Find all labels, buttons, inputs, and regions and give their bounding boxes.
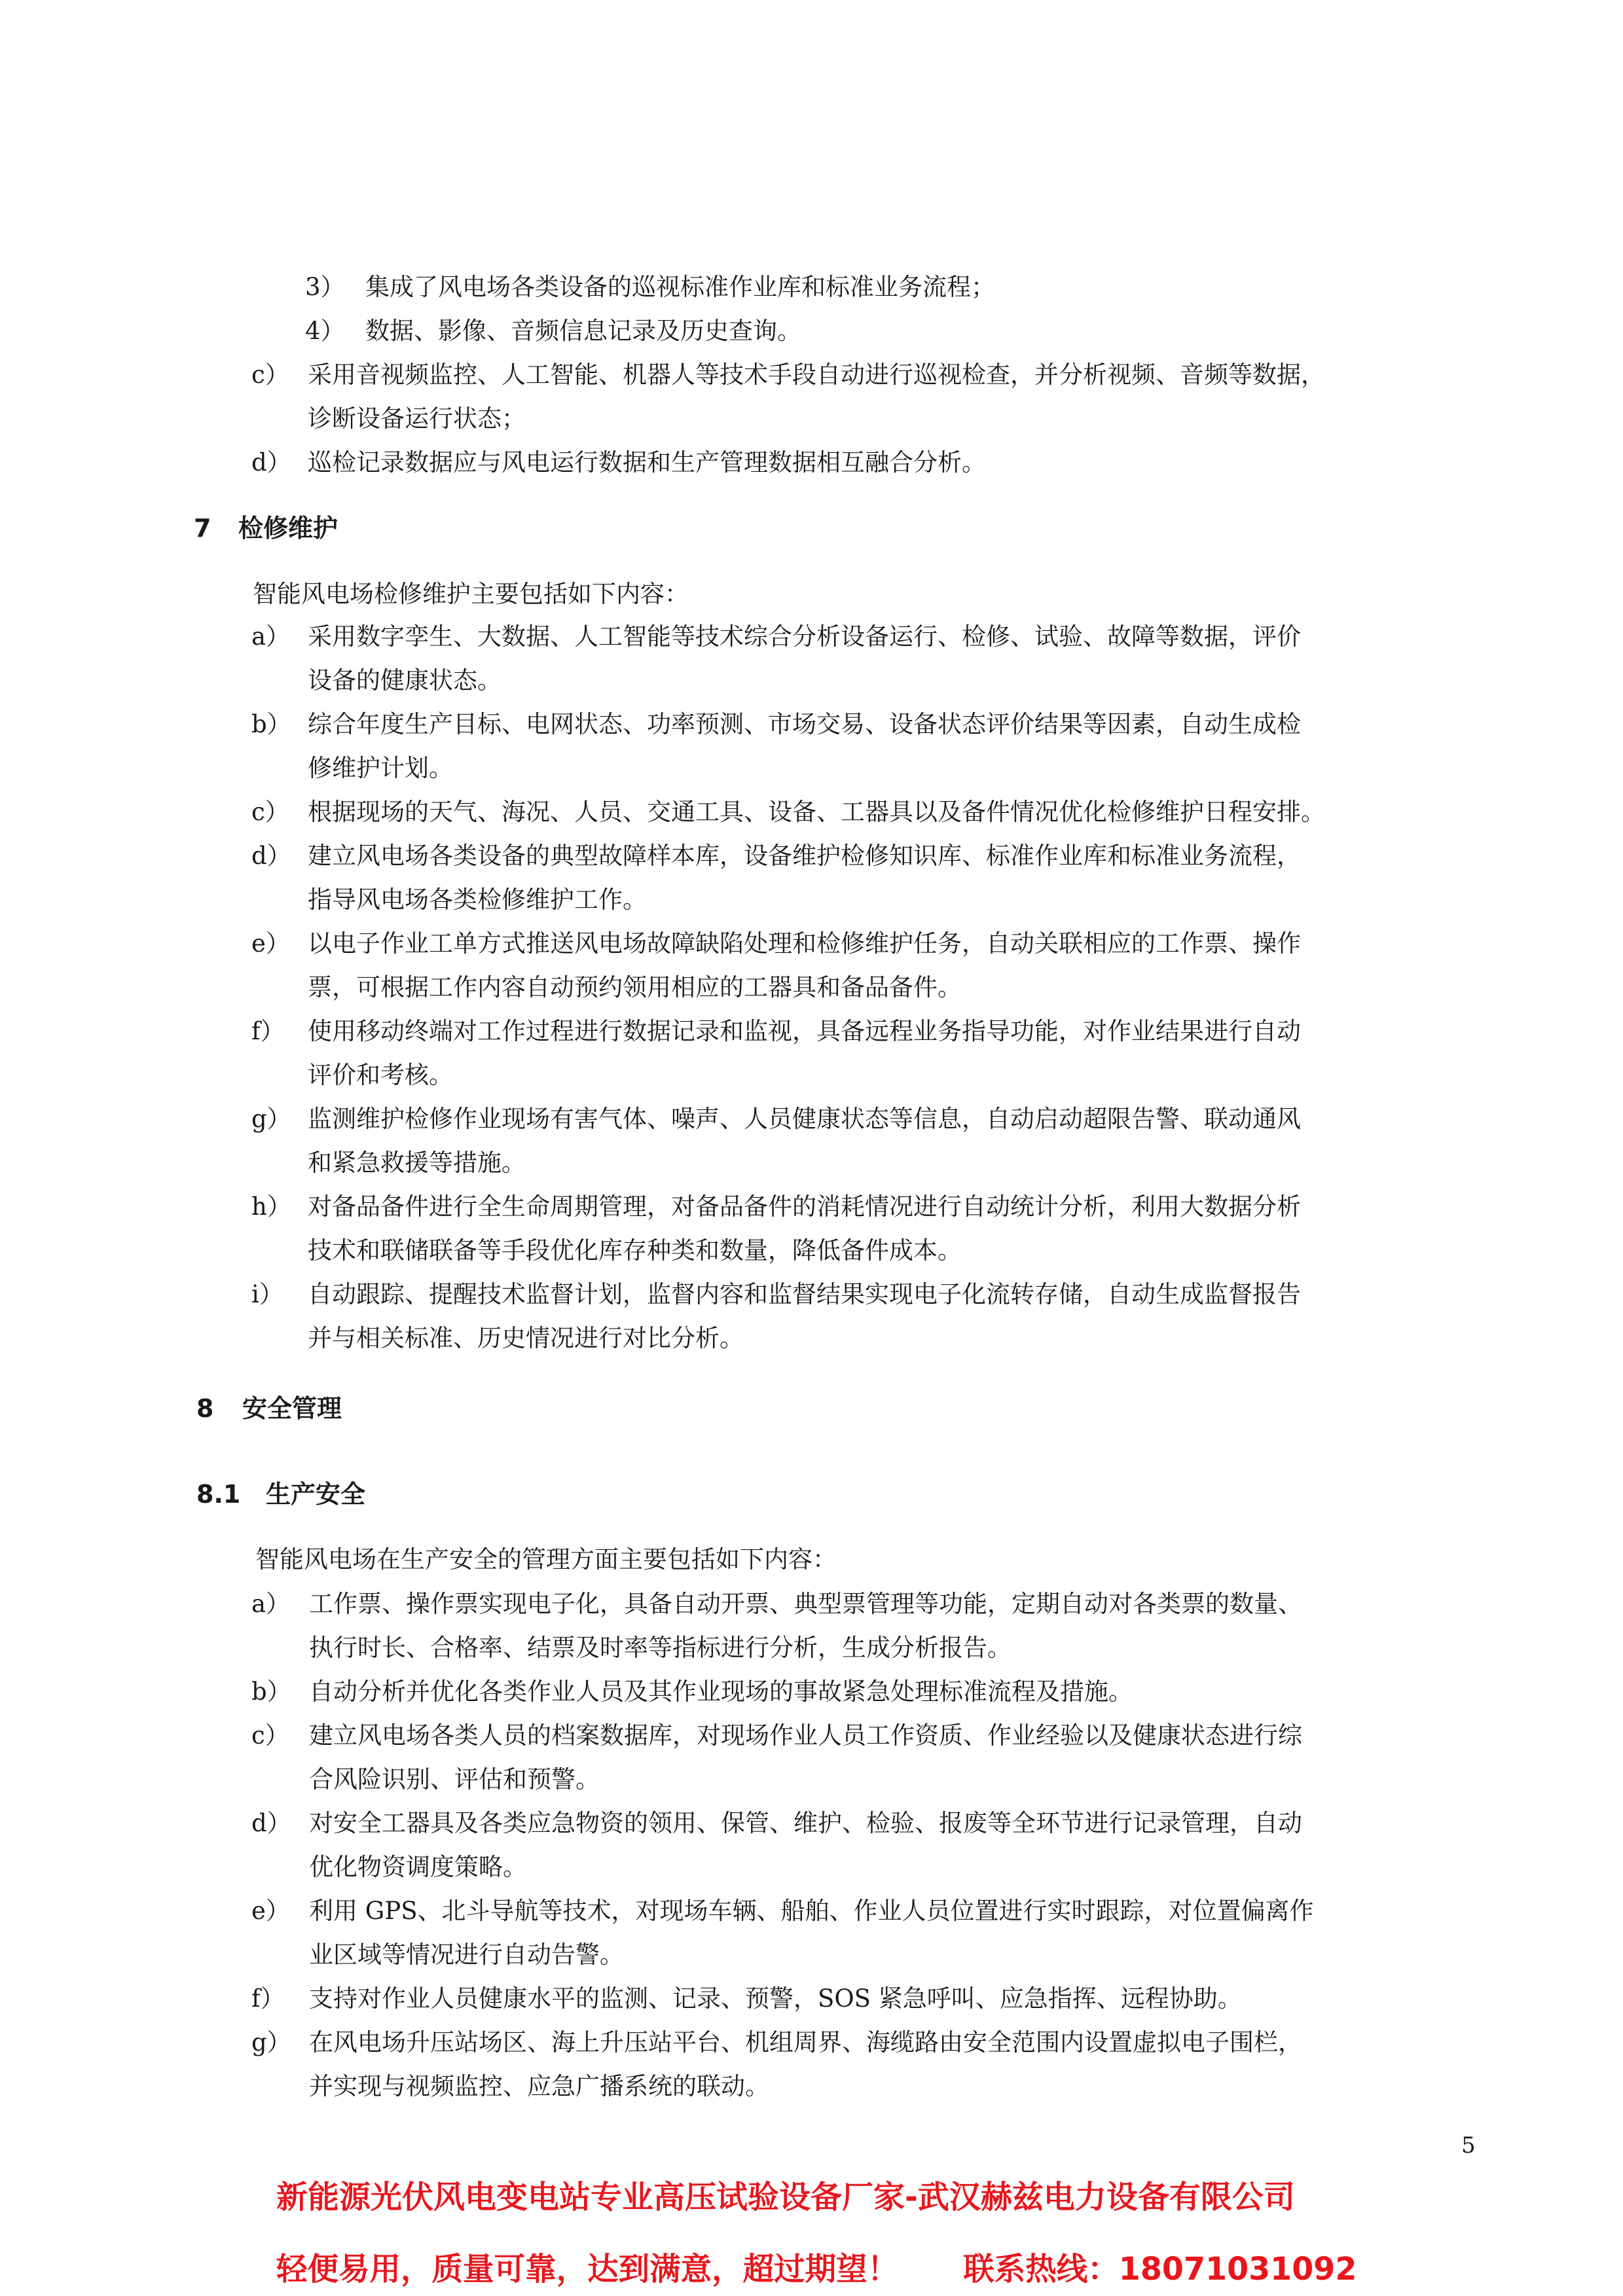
list-item-label: g） <box>251 1097 291 1141</box>
list-item-text: 数据、影像、音频信息记录及历史查询。 <box>365 309 801 353</box>
list-item-text: 并与相关标准、历史情况进行对比分析。 <box>308 1316 744 1360</box>
list-item-text: 综合年度生产目标、电网状态、功率预测、市场交易、设备状态评价结果等因素，自动生成… <box>308 702 1301 746</box>
list-item-label: h） <box>251 1185 291 1229</box>
list-item-text: 并实现与视频监控、应急广播系统的联动。 <box>309 2064 769 2108</box>
list-item-text: 设备的健康状态。 <box>308 658 501 702</box>
list-item-text: 建立风电场各类人员的档案数据库，对现场作业人员工作资质、作业经验以及健康状态进行… <box>309 1713 1302 1757</box>
list-item-text: 技术和联储联备等手段优化库存种类和数量，降低备件成本。 <box>308 1229 962 1272</box>
list-item-label: a） <box>251 1582 290 1626</box>
list-item-text: 巡检记录数据应与风电运行数据和生产管理数据相互融合分析。 <box>308 440 986 484</box>
footer-hotline-label: 联系热线： <box>963 2251 1119 2287</box>
list-item-text: 支持对作业人员健康水平的监测、记录、预警，SOS 紧急呼叫、应急指挥、远程协助。 <box>309 1977 1242 2020</box>
footer-company-banner: 新能源光伏风电变电站专业高压试验设备厂家-武汉赫兹电力设备有限公司 <box>276 2172 1357 2217</box>
list-item-label: c） <box>251 1713 289 1757</box>
document-page: 3）集成了风电场各类设备的巡视标准作业库和标准业务流程；4）数据、影像、音频信息… <box>0 0 1623 2296</box>
list-item-text: 工作票、操作票实现电子化，具备自动开票、典型票管理等功能，定期自动对各类票的数量… <box>309 1582 1302 1626</box>
list-item-label: c） <box>251 790 289 834</box>
list-item-text: 在风电场升压站场区、海上升压站平台、机组周界、海缆路由安全范围内设置虚拟电子围栏… <box>309 2020 1302 2064</box>
section-7-intro: 智能风电场检修维护主要包括如下内容： <box>253 572 689 616</box>
list-item-text: 优化物资调度策略。 <box>309 1845 527 1889</box>
list-item-label: d） <box>251 1801 291 1845</box>
list-item-text: 使用移动终端对工作过程进行数据记录和监视，具备远程业务指导功能，对作业结果进行自… <box>308 1009 1301 1053</box>
footer-contact-line: 轻便易用，质量可靠，达到满意，超过期望！联系热线：18071031092 <box>276 2244 1345 2289</box>
list-item-text: 采用数字孪生、大数据、人工智能等技术综合分析设备运行、检修、试验、故障等数据，评… <box>308 615 1301 658</box>
list-item-text: 业区域等情况进行自动告警。 <box>309 1933 624 1977</box>
section-8-title: 安全管理 <box>242 1387 342 1431</box>
list-item-label: 4） <box>305 309 345 353</box>
list-item-text: 指导风电场各类检修维护工作。 <box>308 878 647 922</box>
list-item-label: g） <box>251 2020 291 2064</box>
list-item-label: e） <box>251 922 290 965</box>
list-item-text: 票，可根据工作内容自动预约领用相应的工器具和备品备件。 <box>308 965 962 1009</box>
list-item-label: c） <box>251 353 289 397</box>
list-item-label: b） <box>251 1670 291 1713</box>
list-item-label: f） <box>251 1977 285 2020</box>
list-item-text: 诊断设备运行状态； <box>308 397 526 440</box>
list-item-text: 利用 GPS、北斗导航等技术，对现场车辆、船舶、作业人员位置进行实时跟踪，对位置… <box>309 1889 1314 1933</box>
list-item-text: 合风险识别、评估和预警。 <box>309 1757 600 1801</box>
list-item-label: 3） <box>305 265 345 309</box>
list-item-text: 根据现场的天气、海况、人员、交通工具、设备、工器具以及备件情况优化检修维护日程安… <box>308 790 1325 834</box>
page-number: 5 <box>1461 2132 1476 2159</box>
list-item-label: a） <box>251 615 290 658</box>
section-8-number: 8 <box>196 1387 213 1431</box>
list-item-text: 对备品备件进行全生命周期管理，对备品备件的消耗情况进行自动统计分析，利用大数据分… <box>308 1185 1301 1229</box>
list-item-text: 评价和考核。 <box>308 1053 453 1097</box>
section-8-1-intro: 智能风电场在生产安全的管理方面主要包括如下内容： <box>255 1537 837 1581</box>
list-item-label: e） <box>251 1889 290 1933</box>
list-item-text: 建立风电场各类设备的典型故障样本库，设备维护检修知识库、标准作业库和标准业务流程… <box>308 834 1301 878</box>
footer-slogan: 轻便易用，质量可靠，达到满意，超过期望！ <box>276 2251 898 2287</box>
list-item-label: i） <box>251 1272 283 1316</box>
section-7-title: 检修维护 <box>238 507 338 550</box>
list-item-label: b） <box>251 702 291 746</box>
section-8-1-title: 生产安全 <box>266 1473 365 1516</box>
list-item-text: 以电子作业工单方式推送风电场故障缺陷处理和检修维护任务，自动关联相应的工作票、操… <box>308 922 1301 965</box>
list-item-text: 自动跟踪、提醒技术监督计划，监督内容和监督结果实现电子化流转存储，自动生成监督报… <box>308 1272 1301 1316</box>
list-item-text: 执行时长、合格率、结票及时率等指标进行分析，生成分析报告。 <box>309 1626 1012 1670</box>
list-item-text: 自动分析并优化各类作业人员及其作业现场的事故紧急处理标准流程及措施。 <box>309 1670 1133 1713</box>
list-item-text: 采用音视频监控、人工智能、机器人等技术手段自动进行巡视检查，并分析视频、音频等数… <box>308 353 1325 397</box>
list-item-text: 和紧急救援等措施。 <box>308 1141 526 1185</box>
list-item-text: 集成了风电场各类设备的巡视标准作业库和标准业务流程； <box>365 265 995 309</box>
section-8-1-number: 8.1 <box>196 1473 240 1516</box>
section-7-number: 7 <box>194 507 211 550</box>
footer-hotline-number: 18071031092 <box>1119 2251 1357 2287</box>
list-item-text: 修维护计划。 <box>308 746 453 790</box>
list-item-text: 监测维护检修作业现场有害气体、噪声、人员健康状态等信息，自动启动超限告警、联动通… <box>308 1097 1301 1141</box>
list-item-label: d） <box>251 834 291 878</box>
list-item-text: 对安全工器具及各类应急物资的领用、保管、维护、检验、报废等全环节进行记录管理，自… <box>309 1801 1302 1845</box>
list-item-label: f） <box>251 1009 285 1053</box>
list-item-label: d） <box>251 440 291 484</box>
